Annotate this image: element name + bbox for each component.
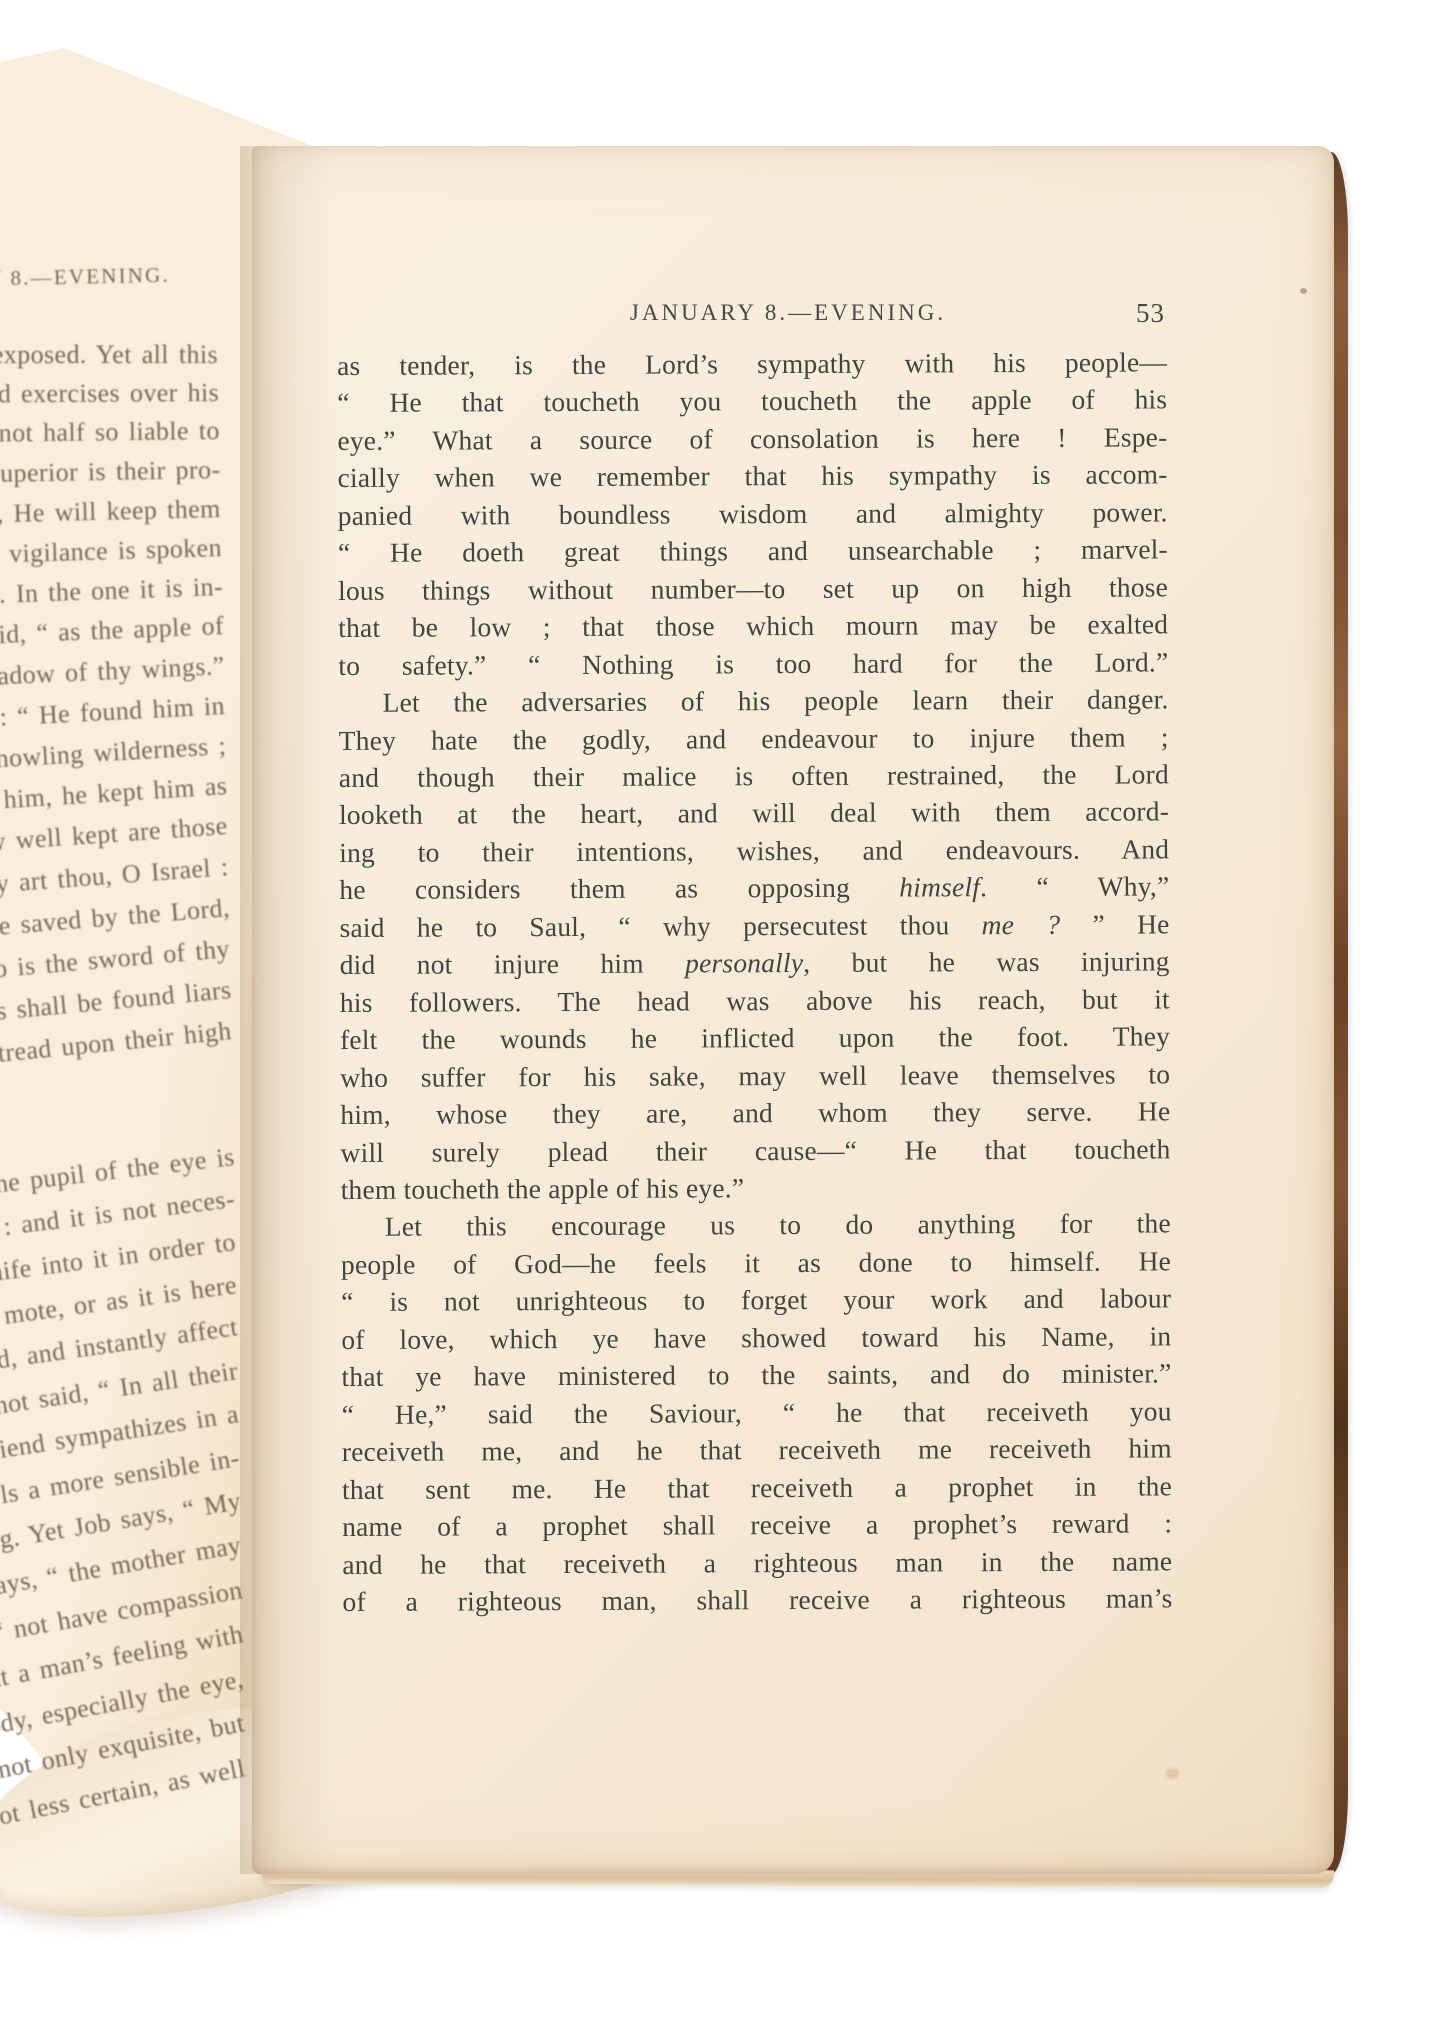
text-line: alt tread upon their high [0,1016,233,1072]
text-line: people of God—he feels it as done to him… [341,1242,1171,1283]
running-header: JANUARY 8.—EVENING. [373,300,1203,326]
text-line: er the shadow of thy wings.” [0,651,225,696]
book-photo: RY 8.—EVENING. it when exposed. Yet all … [0,0,1445,2023]
text-line: They hate the godly, and endeavour to in… [339,718,1169,759]
text-line: panied with boundless wisdom and almight… [338,493,1168,534]
left-page-text: it when exposed. Yet all thiswhich God e… [0,340,218,1960]
text-line: him, whose they are, and whom they serve… [340,1092,1170,1133]
text-line: looketh at the heart, and will deal with… [339,793,1169,834]
text-line: urt them, He will keep them [0,494,222,531]
text-line: to safety.” “ Nothing is too hard for th… [338,643,1168,684]
text-line: “ He,” said the Saviour, “ he that recei… [342,1392,1172,1433]
text-line: name of a prophet shall receive a prophe… [342,1504,1172,1545]
text-line: he considers them as opposing himself. “… [339,868,1169,909]
text-line: receiveth me, and he that receiveth me r… [342,1430,1172,1471]
text-line: of a righteous man, shall receive a righ… [342,1579,1172,1620]
text-line: cially when we remember that his sympath… [337,456,1167,497]
text-line: out how superior is their pro- [0,455,221,491]
text-line: efore us. In the one it is in- [0,572,223,613]
text-line: as tender, is the Lord’s sympathy with h… [337,343,1167,384]
right-page-header-row: JANUARY 8.—EVENING. 53 [337,300,1167,336]
text-line: and he that receiveth a righteous man in… [342,1542,1172,1583]
text-line: that sent me. He that receiveth a prophe… [342,1467,1172,1508]
text-line: owledged : “ He found him in [0,691,226,739]
text-line: Let the adversaries of his people learn … [338,680,1168,721]
text-line: says David, “ as the apple of [0,611,224,654]
text-line: did not injure him personally, but he wa… [340,943,1170,984]
text-line: will surely plead their cause—“ He that … [340,1130,1170,1171]
text-line: How well kept are those [0,811,229,860]
text-line: “ is not unrighteous to forget your work… [341,1280,1171,1321]
text-line: o places his vigilance is spoken [0,533,222,573]
text-line: the eye is not half so liable to [0,416,220,450]
text-line: it when exposed. Yet all this [0,340,218,370]
text-line: his followers. The head was above his re… [340,980,1170,1021]
text-line: of love, which ye have showed toward his… [341,1317,1171,1358]
text-line: “ He that toucheth you toucheth the appl… [337,381,1167,422]
page-number: 53 [1136,298,1165,329]
text-line: and though their malice is often restrai… [339,755,1169,796]
text-line: said he to Saul, “ why persecutest thou … [339,905,1169,946]
text-line: “ He doeth great things and unsearchable… [338,531,1168,572]
text-line: felt the wounds he inflicted upon the fo… [340,1018,1170,1059]
text-line: that be low ; that those which mourn may… [338,606,1168,647]
right-page-text: as tender, is the Lord’s sympathy with h… [337,343,1173,1620]
text-line: who suffer for his sake, may well leave … [340,1055,1170,1096]
text-line: lous things without number—to set up on … [338,568,1168,609]
text-line: that ye have ministered to the saints, a… [341,1355,1171,1396]
text-line: Let this encourage us to do anything for… [341,1205,1171,1246]
text-line: ing to their intentions, wishes, and end… [339,830,1169,871]
text-line: eye.” What a source of consolation is he… [337,418,1167,459]
text-line: which God exercises over his [0,378,219,410]
text-line: them toucheth the apple of his eye.” [341,1167,1171,1208]
